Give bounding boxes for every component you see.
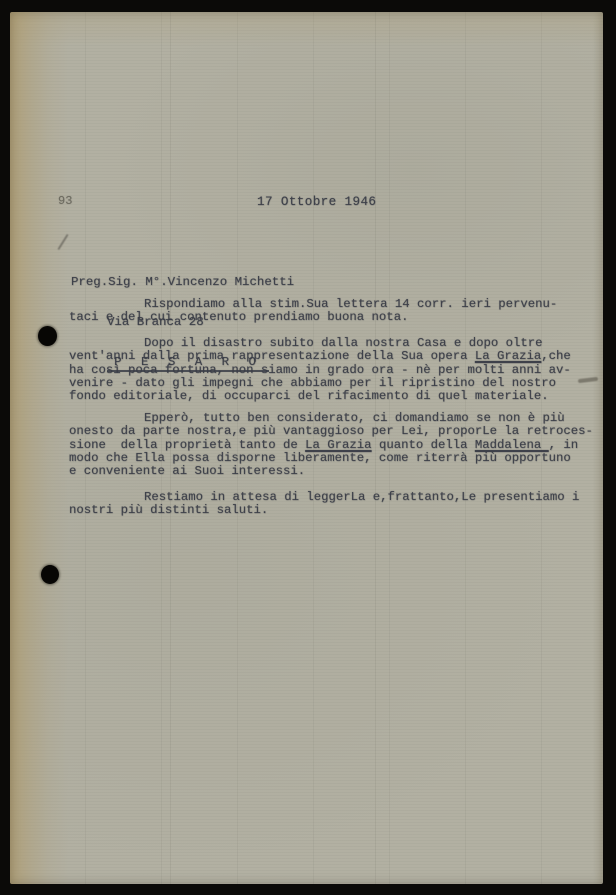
hole-punch-top (38, 326, 57, 346)
text-line: e conveniente ai Suoi interessi. (69, 465, 589, 478)
paragraph: Epperò, tutto ben considerato, ci domand… (69, 412, 589, 479)
paragraph: Dopo il disastro subito dalla nostra Cas… (69, 337, 589, 404)
text-line: nostri più distinti saluti. (69, 504, 589, 517)
text-line: fondo editoriale, di occuparci del rifac… (69, 390, 589, 403)
text-line: taci e del cui contenuto prendiamo buona… (69, 311, 589, 324)
date: 17 Ottobre 1946 (257, 195, 376, 209)
recipient-name: Preg.Sig. M°.Vincenzo Michetti (71, 276, 294, 289)
paragraph: Rispondiamo alla stim.Sua lettera 14 cor… (69, 298, 589, 325)
letter-paper: 93 17 Ottobre 1946 Preg.Sig. M°.Vincenzo… (10, 12, 603, 884)
paragraph: Restiamo in attesa di leggerLa e,frattan… (69, 491, 589, 518)
letter-body: Rispondiamo alla stim.Sua lettera 14 cor… (69, 298, 589, 518)
hole-punch-bottom (41, 565, 59, 584)
text-line: vent'anni dalla prima rappresentazione d… (69, 350, 589, 363)
pencil-mark (57, 234, 68, 250)
text-line: onesto da parte nostra,e più vantaggioso… (69, 425, 589, 438)
reference-number: 93 (58, 194, 72, 208)
scan-background: 93 17 Ottobre 1946 Preg.Sig. M°.Vincenzo… (0, 0, 616, 895)
